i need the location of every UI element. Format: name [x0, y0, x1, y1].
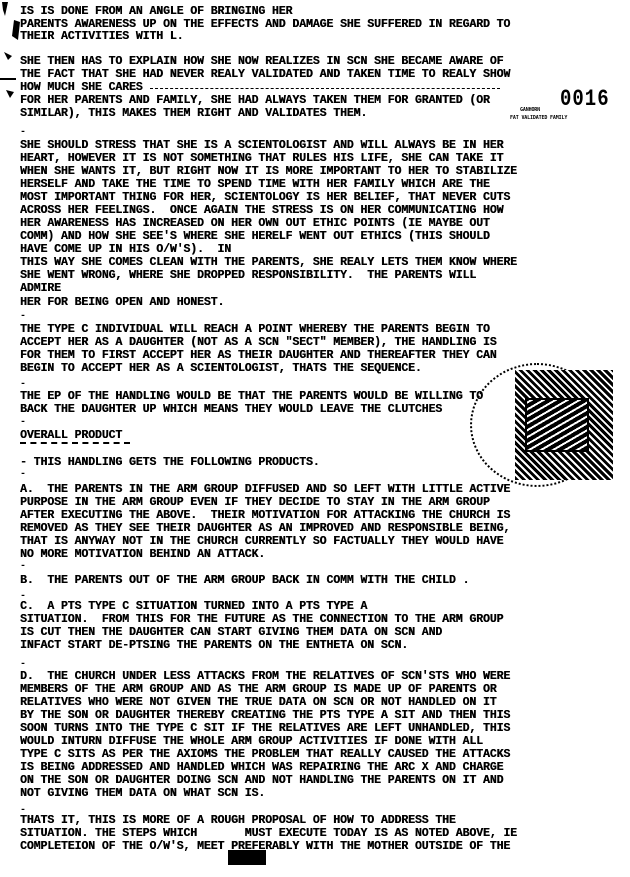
- document-line: IS BEING ADDRESSED AND HANDLED WHICH WAS…: [20, 761, 503, 774]
- document-line: B. THE PARENTS OUT OF THE ARM GROUP BACK…: [20, 574, 469, 587]
- document-line: BEGIN TO ACCEPT HER AS A SCIENTOLOGIST, …: [20, 362, 422, 375]
- document-line: FOR HER PARENTS AND FAMILY, SHE HAD ALWA…: [20, 94, 490, 107]
- document-line: ACCEPT HER AS A DAUGHTER (NOT AS A SCN "…: [20, 336, 497, 349]
- document-line: THEIR ACTIVITIES WITH L.: [20, 30, 183, 43]
- document-line: D. THE CHURCH UNDER LESS ATTACKS FROM TH…: [20, 670, 510, 683]
- document-line: WOULD INTURN DIFFUSE THE WHOLE ARM GROUP…: [20, 735, 483, 748]
- document-line: PURPOSE IN THE ARM GROUP EVEN IF THEY DE…: [20, 496, 490, 509]
- document-line: FOR THEM TO FIRST ACCEPT HER AS THEIR DA…: [20, 349, 497, 362]
- stamp-small-text-2: FAT VALIDATED FAMILY: [510, 115, 567, 121]
- document-line: A. THE PARENTS IN THE ARM GROUP DIFFUSED…: [20, 483, 510, 496]
- paragraph-dash-marker: -: [20, 562, 26, 572]
- document-line: REMOVED AS THEY SEE THEIR DAUGHTER AS AN…: [20, 522, 510, 535]
- document-line: THE TYPE C INDIVIDUAL WILL REACH A POINT…: [20, 323, 490, 336]
- document-line: MOST IMPORTANT THING FOR HER, SCIENTOLOG…: [20, 191, 510, 204]
- stamp-small-text-1: GANHORN: [520, 107, 540, 113]
- document-line: THAT IS ANYWAY NOT IN THE CHURCH CURRENT…: [20, 535, 503, 548]
- paragraph-dash-marker: -: [20, 660, 26, 670]
- paragraph-dash-marker: -: [20, 380, 26, 390]
- document-line: ADMIRE: [20, 282, 61, 295]
- document-line: C. A PTS TYPE C SITUATION TURNED INTO A …: [20, 600, 367, 613]
- document-line: THATS IT, THIS IS MORE OF A ROUGH PROPOS…: [20, 814, 456, 827]
- document-line: NOT GIVING THEM DATA ON WHAT SCN IS.: [20, 787, 265, 800]
- scanned-document-page: 0016 GANHORN FAT VALIDATED FAMILY IS IS …: [0, 0, 630, 877]
- document-line: SHE SHOULD STRESS THAT SHE IS A SCIENTOL…: [20, 139, 503, 152]
- heading-underline: [20, 442, 130, 444]
- paragraph-dash-marker: -: [20, 418, 26, 428]
- document-line: AFTER EXECUTING THE ABOVE. THEIR MOTIVAT…: [20, 509, 510, 522]
- paragraph-dash-marker: -: [20, 128, 26, 138]
- document-line: THE EP OF THE HANDLING WOULD BE THAT THE…: [20, 390, 483, 403]
- document-line: SOON TURNS INTO THE TYPE C SIT IF THE RE…: [20, 722, 510, 735]
- document-line: OVERALL PRODUCT: [20, 429, 122, 442]
- postage-stamp-image: [515, 370, 613, 480]
- scan-smudge-mark: [0, 0, 22, 110]
- document-line: - THIS HANDLING GETS THE FOLLOWING PRODU…: [20, 456, 320, 469]
- document-line: HERSELF AND TAKE THE TIME TO SPEND TIME …: [20, 178, 490, 191]
- document-line: HOW MUCH SHE CARES: [20, 81, 143, 94]
- document-line: HEART, HOWEVER IT IS NOT SOMETHING THAT …: [20, 152, 503, 165]
- document-line: IS IS DONE FROM AN ANGLE OF BRINGING HER: [20, 5, 292, 18]
- document-line: ACROSS HER FEELINGS. ONCE AGAIN THE STRE…: [20, 204, 503, 217]
- redaction-block: [228, 850, 266, 865]
- document-line: TYPE C SITS AS PER THE AXIOMS THE PROBLE…: [20, 748, 510, 761]
- document-line: SITUATION. THE STEPS WHICH MUST EXECUTE …: [20, 827, 517, 840]
- page-number-stamp: 0016: [560, 87, 610, 111]
- document-line: SIMILAR), THIS MAKES THEM RIGHT AND VALI…: [20, 107, 367, 120]
- document-line: ON THE SON OR DAUGHTER DOING SCN AND NOT…: [20, 774, 503, 787]
- document-line: NO MORE MOTIVATION BEHIND AN ATTACK.: [20, 548, 265, 561]
- document-line: SHE WENT WRONG, WHERE SHE DROPPED RESPON…: [20, 269, 476, 282]
- fax-dashed-rule: [150, 88, 500, 89]
- document-line: BACK THE DAUGHTER UP WHICH MEANS THEY WO…: [20, 403, 442, 416]
- document-line: WHEN SHE WANTS IT, BUT RIGHT NOW IT IS M…: [20, 165, 517, 178]
- document-line: HAVE COME UP IN HIS O/W'S). IN: [20, 243, 231, 256]
- document-line: RELATIVES WHO WERE NOT GIVEN THE TRUE DA…: [20, 696, 497, 709]
- document-line: MEMBERS OF THE ARM GROUP AND AS THE ARM …: [20, 683, 497, 696]
- document-line: COMM) AND HOW SHE SEE'S WHERE SHE HERELF…: [20, 230, 490, 243]
- document-line: THE FACT THAT SHE HAD NEVER REALY VALIDA…: [20, 68, 510, 81]
- document-line: HER AWARENESS HAS INCREASED ON HER OWN O…: [20, 217, 490, 230]
- document-line: THIS WAY SHE COMES CLEAN WITH THE PARENT…: [20, 256, 517, 269]
- document-line: BY THE SON OR DAUGHTER THEREBY CREATING …: [20, 709, 510, 722]
- paragraph-dash-marker: -: [20, 806, 26, 816]
- paragraph-dash-marker: -: [20, 470, 26, 480]
- document-line: SHE THEN HAS TO EXPLAIN HOW SHE NOW REAL…: [20, 55, 503, 68]
- document-line: IS CUT THEN THE DAUGHTER CAN START GIVIN…: [20, 626, 442, 639]
- document-line: INFACT START DE-PTSING THE PARENTS ON TH…: [20, 639, 408, 652]
- document-line: HER FOR BEING OPEN AND HONEST.: [20, 296, 224, 309]
- document-line: SITUATION. FROM THIS FOR THE FUTURE AS T…: [20, 613, 503, 626]
- paragraph-dash-marker: -: [20, 592, 26, 602]
- paragraph-dash-marker: -: [20, 312, 26, 322]
